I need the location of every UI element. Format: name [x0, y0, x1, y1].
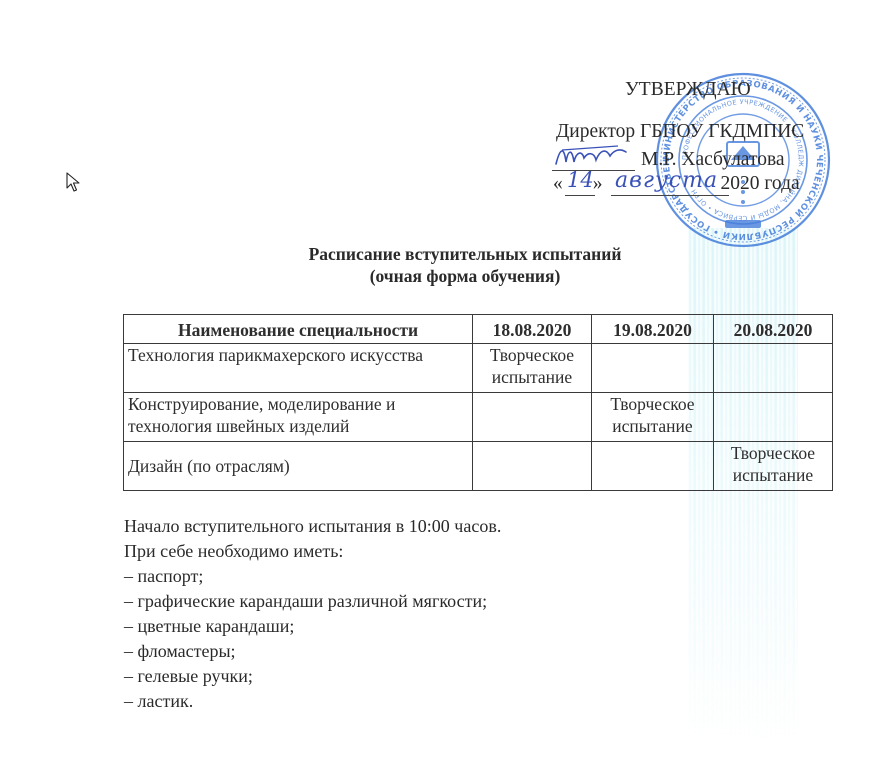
- specialty-cell: Дизайн (по отраслям): [124, 442, 473, 491]
- date-year: 2020 года: [721, 173, 800, 194]
- exam-cell: [714, 393, 833, 442]
- table-row: Дизайн (по отраслям) Творческое испытани…: [124, 442, 833, 491]
- list-item: – ластик.: [124, 689, 501, 714]
- list-item: – паспорт;: [124, 564, 501, 589]
- date-open-quote: «: [553, 173, 563, 194]
- table-header-row: Наименование специальности 18.08.2020 19…: [124, 315, 833, 344]
- date-close-quote: »: [593, 173, 603, 194]
- document-title: Расписание вступительных испытаний: [0, 243, 889, 265]
- exam-cell: [592, 344, 714, 393]
- specialty-cell: Конструирование, моделирование и техноло…: [124, 393, 473, 442]
- handwritten-day: 14: [567, 170, 594, 191]
- mouse-pointer-icon: [66, 172, 82, 194]
- exam-cell: Творческое испытание: [714, 442, 833, 491]
- bring-heading: При себе необходимо иметь:: [124, 539, 501, 564]
- exam-cell: [714, 344, 833, 393]
- list-item: – гелевые ручки;: [124, 664, 501, 689]
- approver-position: Директор ГБПОУ ГКДМПИС: [556, 122, 804, 142]
- exam-cell: [473, 393, 592, 442]
- list-item: – графические карандаши различной мягкос…: [124, 589, 501, 614]
- exam-cell: Творческое испытание: [473, 344, 592, 393]
- list-item: – фломастеры;: [124, 639, 501, 664]
- notes-section: Начало вступительного испытания в 10:00 …: [124, 514, 501, 714]
- table-row: Конструирование, моделирование и техноло…: [124, 393, 833, 442]
- month-underline: [611, 195, 729, 196]
- day-underline: [565, 195, 595, 196]
- specialty-cell: Технология парикмахерского искусства: [124, 344, 473, 393]
- approver-name: М.Р. Хасбулатова: [641, 150, 785, 170]
- schedule-table: Наименование специальности 18.08.2020 19…: [123, 314, 833, 491]
- header-date-3: 20.08.2020: [714, 315, 833, 344]
- exam-cell: [473, 442, 592, 491]
- table-row: Технология парикмахерского искусства Тво…: [124, 344, 833, 393]
- exam-cell: [592, 442, 714, 491]
- header-date-1: 18.08.2020: [473, 315, 592, 344]
- list-item: – цветные карандаши;: [124, 614, 501, 639]
- header-specialty: Наименование специальности: [124, 315, 473, 344]
- exam-cell: Творческое испытание: [592, 393, 714, 442]
- document-subtitle: (очная форма обучения): [0, 265, 889, 287]
- signature-icon: [552, 142, 632, 170]
- handwritten-month: августа: [615, 170, 718, 192]
- approval-title: УТВЕРЖДАЮ: [625, 80, 751, 100]
- start-time-note: Начало вступительного испытания в 10:00 …: [124, 514, 501, 539]
- header-date-2: 19.08.2020: [592, 315, 714, 344]
